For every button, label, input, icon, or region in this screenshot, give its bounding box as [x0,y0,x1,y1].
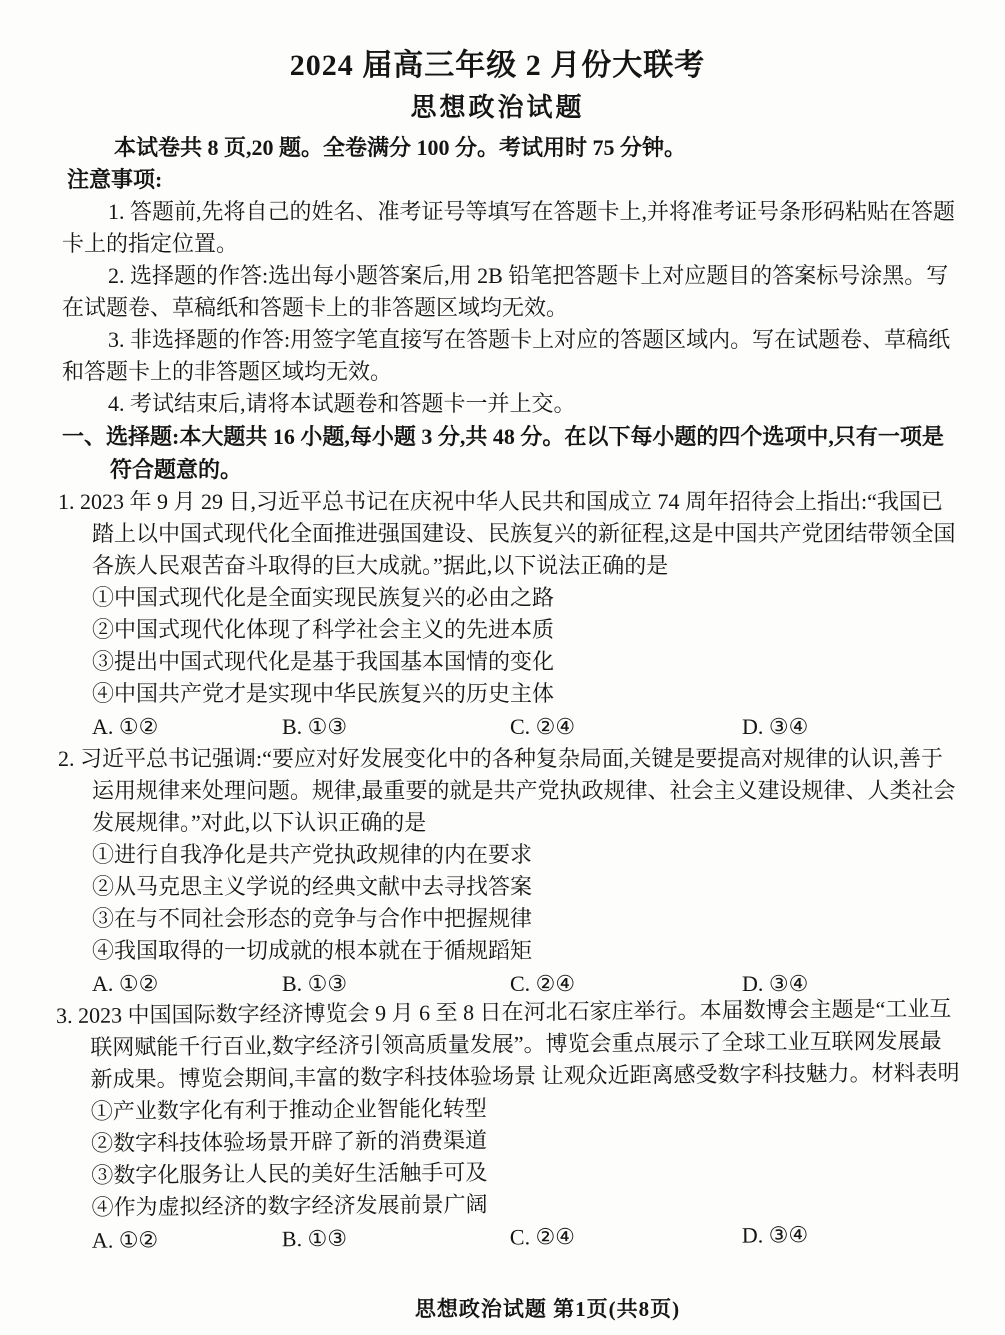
question-block-3: 3. 2023 中国国际数字经济博览会 9 月 6 至 8 日在河北石家庄举行。… [60,993,963,1257]
question-3-number: 3. [56,1003,73,1028]
question-2-number: 2. [58,746,75,771]
question-2-stem-text: 习近平总书记强调:“要应对好发展变化中的各种复杂局面,关键是要提高对规律的认识,… [80,746,956,835]
question-3-choice-d: D. ③④ [742,1218,809,1252]
question-3-stem-text: 2023 中国国际数字经济博览会 9 月 6 至 8 日在河北石家庄举行。本届数… [78,996,960,1092]
question-1-item-1: ①中国式现代化是全面实现民族复兴的必由之路 [92,582,963,614]
question-2-stem: 2. 习近平总书记强调:“要应对好发展变化中的各种复杂局面,关键是要提高对规律的… [92,743,963,839]
question-1-choices-row: A. ①②B. ①③C. ②④D. ③④ [92,710,963,743]
notice-item-2: 2. 选择题的作答:选出每小题答案后,用 2B 铅笔把答题卡上对应题目的答案标号… [62,260,963,324]
question-2-item-3: ③在与不同社会形态的竞争与合作中把握规律 [92,903,963,935]
question-1-number: 1. [58,489,75,514]
question-2-item-4: ④我国取得的一切成就的根本就在于循规蹈矩 [92,935,963,967]
question-block-2: 2. 习近平总书记强调:“要应对好发展变化中的各种复杂局面,关键是要提高对规律的… [62,743,963,1000]
question-1-choice-d: D. ③④ [742,710,808,743]
section-one-header: 一、选择题:本大题共 16 小题,每小题 3 分,共 48 分。在以下每小题的四… [62,420,963,486]
question-2-item-1: ①进行自我净化是共产党执政规律的内在要求 [92,839,963,871]
paper-subtitle: 思想政治试题 [62,90,933,126]
notices-heading: 注意事项: [67,164,963,196]
notice-item-3: 3. 非选择题的作答:用签字笔直接写在答题卡上对应的答题区域内。写在试题卷、草稿… [62,324,963,388]
question-1-choice-b: B. ①③ [282,710,510,743]
exam-info-line: 本试卷共 8 页,20 题。全卷满分 100 分。考试用时 75 分钟。 [62,132,963,164]
question-1-choice-c: C. ②④ [510,710,742,743]
question-1-item-2: ②中国式现代化体现了科学社会主义的先进本质 [92,614,963,646]
question-2-choice-a: A. ①② [92,967,282,1000]
page-footer: 思想政治试题 第1页(共8页) [0,1293,1005,1323]
question-1-item-4: ④中国共产党才是实现中华民族复兴的历史主体 [92,678,963,710]
question-1-choice-a: A. ①② [92,710,282,743]
paper-title: 2024 届高三年级 2 月份大联考 [62,46,933,86]
question-2-item-2: ②从马克思主义学说的经典文献中去寻找答案 [92,871,963,903]
notice-item-4: 4. 考试结束后,请将本试题卷和答题卡一并上交。 [62,388,963,420]
exam-paper-page: 2024 届高三年级 2 月份大联考 思想政治试题 本试卷共 8 页,20 题。… [0,0,1005,1335]
question-1-stem-text: 2023 年 9 月 29 日,习近平总书记在庆祝中华人民共和国成立 74 周年… [80,489,956,578]
question-3-choice-c: C. ②④ [510,1219,742,1254]
question-2-choice-b: B. ①③ [282,967,510,1000]
question-3-choices-row: A. ①②B. ①③C. ②④D. ③④ [92,1217,963,1257]
question-3-stem: 3. 2023 中国国际数字经济博览会 9 月 6 至 8 日在河北石家庄举行。… [90,993,962,1096]
question-3-choice-a: A. ①② [92,1222,282,1256]
question-3-choice-b: B. ①③ [282,1220,510,1255]
question-1-stem: 1. 2023 年 9 月 29 日,习近平总书记在庆祝中华人民共和国成立 74… [92,486,963,582]
question-block-1: 1. 2023 年 9 月 29 日,习近平总书记在庆祝中华人民共和国成立 74… [62,486,963,743]
question-1-item-3: ③提出中国式现代化是基于我国基本国情的变化 [92,646,963,678]
notice-item-1: 1. 答题前,先将自己的姓名、准考证号等填写在答题卡上,并将准考证号条形码粘贴在… [62,196,963,260]
